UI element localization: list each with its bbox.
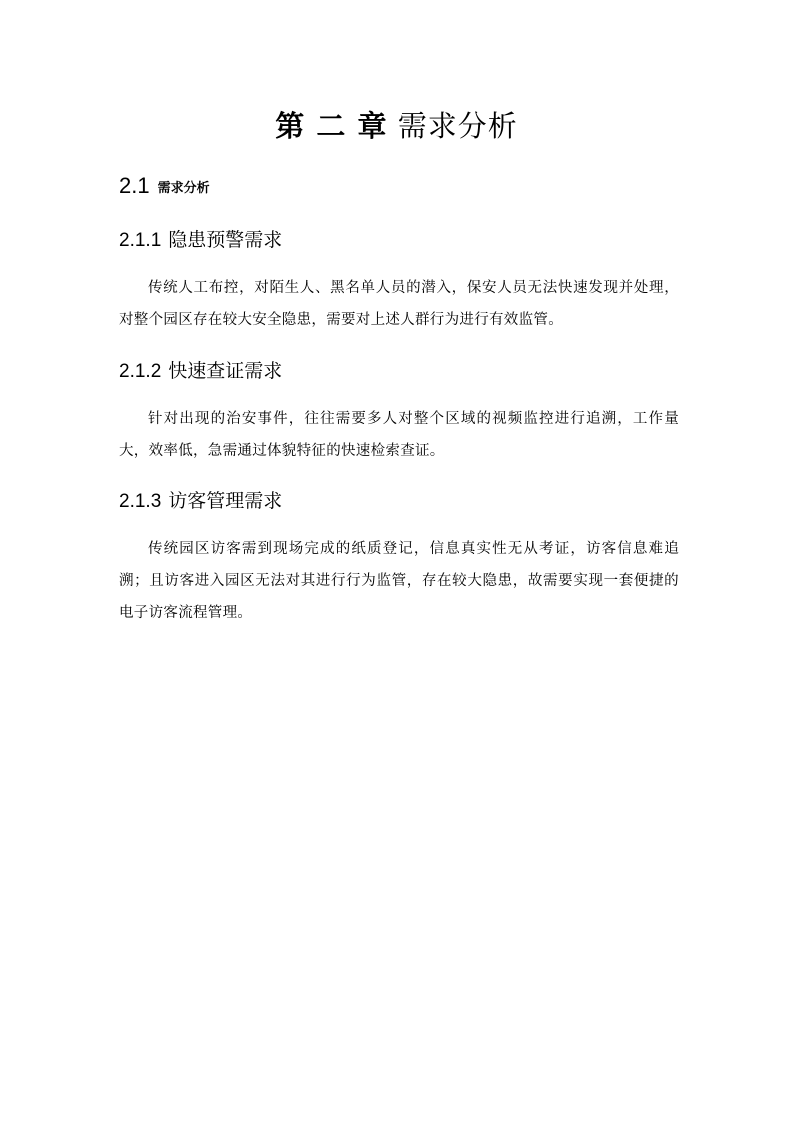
subsection-heading-2-1-1: 2.1.1隐患预警需求 (119, 226, 282, 255)
paragraph-hazard-warning: 传统人工布控，对陌生人、黑名单人员的潜入，保安人员无法快速发现并处理，对整个园区… (119, 272, 679, 336)
chapter-number: 第 二 章 (275, 109, 387, 143)
paragraph-quick-verification: 针对出现的治安事件，往往需要多人对整个区域的视频监控进行追溯，工作量大，效率低，… (119, 403, 679, 467)
subsection-heading-2-1-2: 2.1.2快速查证需求 (119, 357, 282, 386)
document-page: 第 二 章 需求分析 2.1需求分析 2.1.1隐患预警需求 传统人工布控，对陌… (0, 0, 793, 1122)
subsection-title: 访客管理需求 (168, 490, 282, 512)
paragraph-visitor-management: 传统园区访客需到现场完成的纸质登记，信息真实性无从考证，访客信息难追溯；且访客进… (119, 533, 679, 629)
subsection-title: 快速查证需求 (168, 360, 282, 382)
section-heading-2-1: 2.1需求分析 (119, 171, 210, 201)
subsection-title: 隐患预警需求 (168, 229, 282, 251)
subsection-number: 2.1.2 (119, 361, 161, 382)
chapter-title-text: 需求分析 (398, 109, 518, 143)
section-number: 2.1 (119, 173, 150, 198)
subsection-heading-2-1-3: 2.1.3访客管理需求 (119, 487, 282, 516)
section-title: 需求分析 (158, 181, 210, 196)
subsection-number: 2.1.3 (119, 491, 161, 512)
subsection-number: 2.1.1 (119, 230, 161, 251)
chapter-title: 第 二 章 需求分析 (0, 104, 793, 148)
